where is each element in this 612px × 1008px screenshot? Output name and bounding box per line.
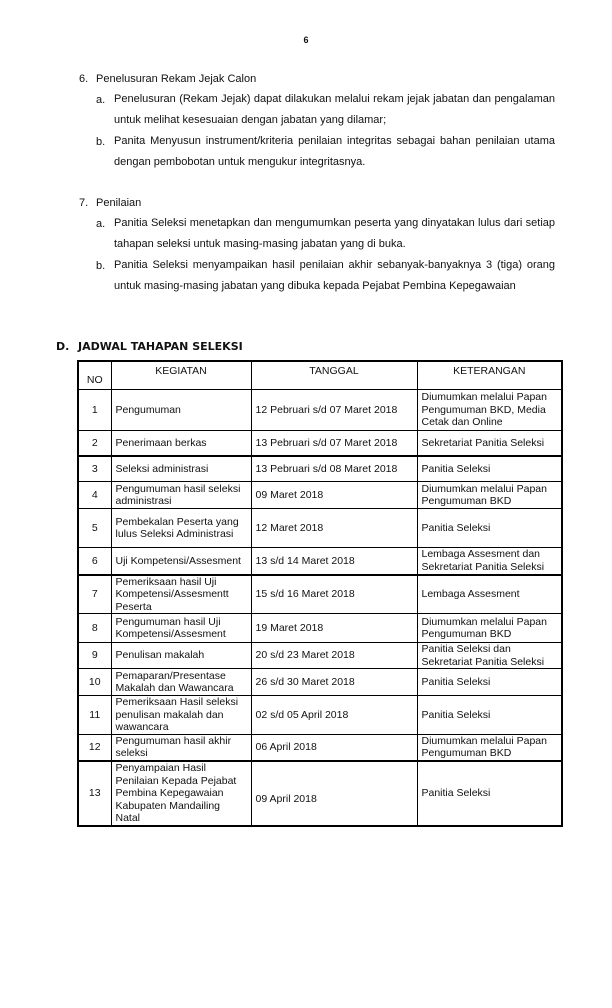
cell-keterangan: Panitia Seleksi — [417, 509, 562, 548]
cell-keterangan: Diumumkan melalui Papan Pengumuman BKD — [417, 734, 562, 761]
cell-tanggal: 09 Maret 2018 — [251, 482, 417, 509]
cell-no: 9 — [78, 643, 111, 669]
cell-no: 4 — [78, 482, 111, 509]
cell-kegiatan: Uji Kompetensi/Assesment — [111, 548, 251, 575]
page-number: 6 — [0, 35, 612, 45]
cell-no: 13 — [78, 761, 111, 826]
cell-keterangan: Panitia Seleksi dan Sekretariat Panitia … — [417, 643, 562, 669]
cell-no: 11 — [78, 696, 111, 735]
cell-no: 5 — [78, 509, 111, 548]
cell-kegiatan: Pemeriksaan Hasil seleksi penulisan maka… — [111, 696, 251, 735]
cell-no: 10 — [78, 669, 111, 696]
table-row: 8Pengumuman hasil Uji Kompetensi/Assesme… — [78, 614, 562, 643]
cell-keterangan: Panitia Seleksi — [417, 456, 562, 482]
cell-keterangan: Diumumkan melalui Papan Pengumuman BKD, … — [417, 390, 562, 431]
table-row: 7Pemeriksaan hasil Uji Kompetensi/Assesm… — [78, 575, 562, 614]
cell-tanggal: 13 Pebruari s/d 07 Maret 2018 — [251, 431, 417, 456]
table-row: 6Uji Kompetensi/Assesment13 s/d 14 Maret… — [78, 548, 562, 575]
section-d-letter: D. — [56, 340, 69, 353]
cell-tanggal: 26 s/d 30 Maret 2018 — [251, 669, 417, 696]
cell-tanggal: 15 s/d 16 Maret 2018 — [251, 575, 417, 614]
header-keterangan: KETERANGAN — [417, 361, 562, 390]
section-7-number: 7. — [79, 196, 88, 210]
table-row: 10Pemaparan/Presentase Makalah dan Wawan… — [78, 669, 562, 696]
cell-no: 12 — [78, 734, 111, 761]
cell-tanggal: 12 Pebruari s/d 07 Maret 2018 — [251, 390, 417, 431]
cell-kegiatan: Pemaparan/Presentase Makalah dan Wawanca… — [111, 669, 251, 696]
cell-kegiatan: Pembekalan Peserta yang lulus Seleksi Ad… — [111, 509, 251, 548]
cell-keterangan: Sekretariat Panitia Seleksi — [417, 431, 562, 456]
cell-kegiatan: Pengumuman hasil Uji Kompetensi/Assesmen… — [111, 614, 251, 643]
cell-tanggal: 13 s/d 14 Maret 2018 — [251, 548, 417, 575]
cell-kegiatan: Penulisan makalah — [111, 643, 251, 669]
cell-kegiatan: Penerimaan berkas — [111, 431, 251, 456]
cell-tanggal: 09 April 2018 — [251, 761, 417, 826]
cell-kegiatan: Pengumuman — [111, 390, 251, 431]
section-6-number: 6. — [79, 72, 88, 86]
cell-kegiatan: Penyampaian Hasil Penilaian Kepada Pejab… — [111, 761, 251, 826]
table-row: 4Pengumuman hasil seleksi administrasi09… — [78, 482, 562, 509]
header-tanggal: TANGGAL — [251, 361, 417, 390]
cell-keterangan: Diumumkan melalui Papan Pengumuman BKD — [417, 614, 562, 643]
section-6-item-b-text: Panita Menyusun instrument/kriteria peni… — [114, 131, 555, 174]
cell-tanggal: 13 Pebruari s/d 08 Maret 2018 — [251, 456, 417, 482]
table-row: 9Penulisan makalah20 s/d 23 Maret 2018Pa… — [78, 643, 562, 669]
cell-no: 8 — [78, 614, 111, 643]
cell-no: 3 — [78, 456, 111, 482]
cell-tanggal: 12 Maret 2018 — [251, 509, 417, 548]
table-row: 12Pengumuman hasil akhir seleksi06 April… — [78, 734, 562, 761]
cell-keterangan: Lembaga Assesment — [417, 575, 562, 614]
header-kegiatan: KEGIATAN — [111, 361, 251, 390]
section-d-title: JADWAL TAHAPAN SELEKSI — [78, 340, 243, 353]
section-7-item-b-text: Panitia Seleksi menyampaikan hasil penil… — [114, 255, 555, 298]
cell-keterangan: Diumumkan melalui Papan Pengumuman BKD — [417, 482, 562, 509]
cell-no: 7 — [78, 575, 111, 614]
cell-kegiatan: Pemeriksaan hasil Uji Kompetensi/Assesme… — [111, 575, 251, 614]
cell-kegiatan: Pengumuman hasil seleksi administrasi — [111, 482, 251, 509]
cell-tanggal: 02 s/d 05 April 2018 — [251, 696, 417, 735]
table-row: 11Pemeriksaan Hasil seleksi penulisan ma… — [78, 696, 562, 735]
table-row: 2Penerimaan berkas13 Pebruari s/d 07 Mar… — [78, 431, 562, 456]
section-6-title: Penelusuran Rekam Jejak Calon — [96, 72, 256, 86]
cell-keterangan: Panitia Seleksi — [417, 696, 562, 735]
section-6-item-a-letter: a. — [96, 93, 105, 107]
cell-no: 1 — [78, 390, 111, 431]
cell-no: 6 — [78, 548, 111, 575]
cell-tanggal: 20 s/d 23 Maret 2018 — [251, 643, 417, 669]
cell-no: 2 — [78, 431, 111, 456]
schedule-table: NO KEGIATAN TANGGAL KETERANGAN 1Pengumum… — [77, 360, 563, 827]
cell-keterangan: Panitia Seleksi — [417, 761, 562, 826]
section-6-item-a-text: Penelusuran (Rekam Jejak) dapat dilakuka… — [114, 89, 555, 132]
table-row: 3Seleksi administrasi13 Pebruari s/d 08 … — [78, 456, 562, 482]
cell-tanggal: 19 Maret 2018 — [251, 614, 417, 643]
header-no: NO — [78, 361, 111, 390]
section-6-item-b-letter: b. — [96, 135, 105, 149]
section-7-item-b-letter: b. — [96, 259, 105, 273]
cell-kegiatan: Seleksi administrasi — [111, 456, 251, 482]
table-row: 5Pembekalan Peserta yang lulus Seleksi A… — [78, 509, 562, 548]
cell-tanggal: 06 April 2018 — [251, 734, 417, 761]
cell-kegiatan: Pengumuman hasil akhir seleksi — [111, 734, 251, 761]
cell-keterangan: Panitia Seleksi — [417, 669, 562, 696]
table-row: 13Penyampaian Hasil Penilaian Kepada Pej… — [78, 761, 562, 826]
table-row: 1Pengumuman12 Pebruari s/d 07 Maret 2018… — [78, 390, 562, 431]
section-7-item-a-letter: a. — [96, 217, 105, 231]
cell-keterangan: Lembaga Assesment dan Sekretariat Paniti… — [417, 548, 562, 575]
section-7-title: Penilaian — [96, 196, 141, 210]
section-7-item-a-text: Panitia Seleksi menetapkan dan mengumumk… — [114, 213, 555, 256]
